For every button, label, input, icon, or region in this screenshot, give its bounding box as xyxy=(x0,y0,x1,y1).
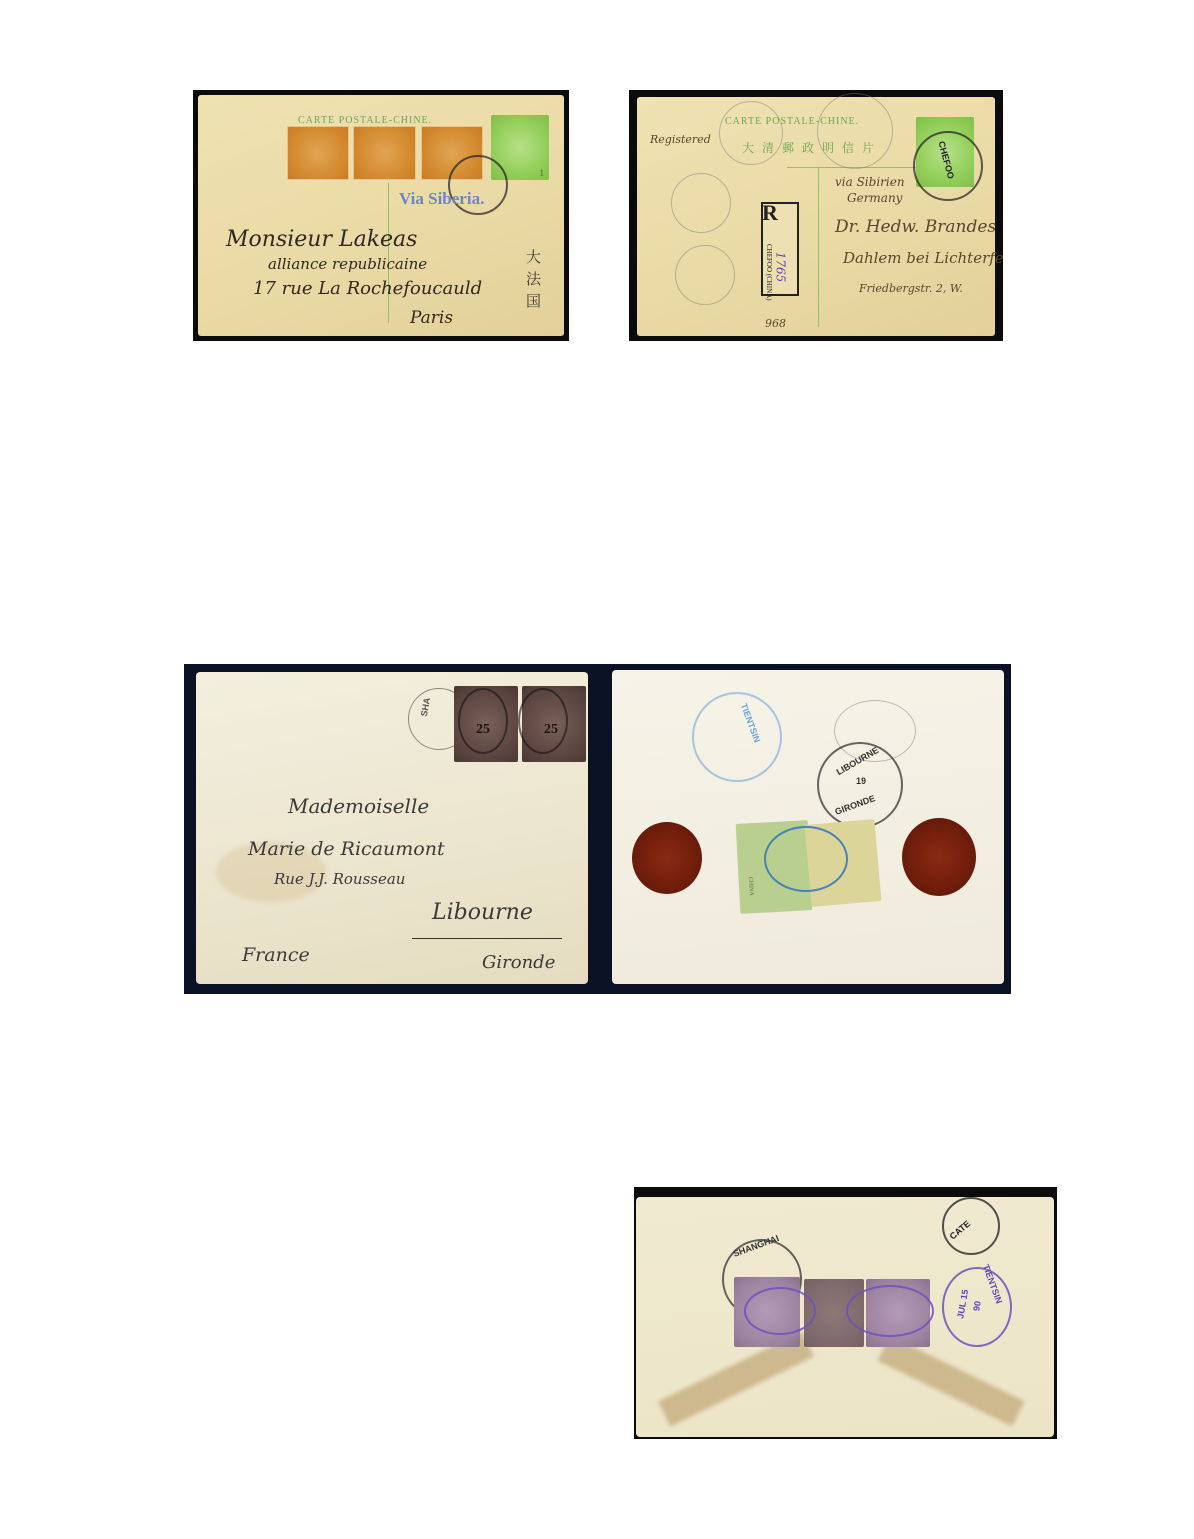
orange-dragon-stamp-1 xyxy=(287,126,349,180)
arrival-cancel-1 xyxy=(671,173,731,233)
divider-line xyxy=(388,183,389,323)
wax-seal-left xyxy=(632,822,702,894)
libourne-postmark-date: 19 xyxy=(856,776,866,786)
address-line-1: Monsieur Lakeas xyxy=(226,227,417,252)
address-line-4: Libourne xyxy=(432,900,533,925)
address-line-5: Gironde xyxy=(482,952,555,973)
registration-number: 1765 xyxy=(773,252,787,283)
address-line-2: Dahlem bei Lichterfelde xyxy=(843,249,1003,267)
country: France xyxy=(242,944,310,966)
cover-back-lilac-photo: SHANGHAI CATE TIENTSIN JUL 15 90 xyxy=(634,1187,1057,1439)
envelope-back: SHANGHAI CATE TIENTSIN JUL 15 90 xyxy=(636,1197,1054,1437)
wax-seal-right xyxy=(902,818,976,896)
transit-cancel-top xyxy=(719,101,783,165)
transit-cancel-top-2 xyxy=(817,93,893,169)
via-siberia-cachet: Via Siberia. xyxy=(399,189,484,209)
chinese-note-2: 法 xyxy=(526,269,542,291)
route-line-1: via Sibirien xyxy=(835,175,905,189)
address-line-1: Mademoiselle xyxy=(288,794,429,818)
cover-back-seals-photo: TIENTSIN LIBOURNE 19 GIRONDE CHINA xyxy=(602,664,1011,994)
address-line-4: Paris xyxy=(410,308,453,328)
orange-dragon-stamp-2 xyxy=(353,126,416,180)
postcard-via-siberia-photo: CARTE POSTALE-CHINE. 1 Via Siberia. Mons… xyxy=(193,90,569,341)
registration-office: CHEFOO (CHINA) xyxy=(765,244,773,301)
stamp-cancel-2 xyxy=(518,688,568,754)
postcard-body: CARTE POSTALE-CHINE. 1 Via Siberia. Mons… xyxy=(198,95,564,336)
oval-cancel-2 xyxy=(846,1285,934,1337)
divider-line xyxy=(818,167,819,327)
oval-cancel-1 xyxy=(744,1287,816,1335)
stain-right xyxy=(877,1336,1024,1427)
registered-annotation: Registered xyxy=(650,133,711,146)
envelope-front: SHA 25 25 Mademoiselle Marie de Ricaumon… xyxy=(196,672,588,984)
stamp-label: CHINA xyxy=(747,877,754,896)
docket-number: 968 xyxy=(765,317,786,330)
address-line-3: Friedbergstr. 2, W. xyxy=(859,282,963,295)
postcard-body: CARTE POSTALE-CHINE. 大清郵政明信片 CHEFOO Regi… xyxy=(637,97,995,336)
chinese-note-1: 大 xyxy=(526,247,542,269)
address-line-3: Rue J.J. Rousseau xyxy=(274,870,405,888)
tientsin-postmark-blue xyxy=(692,692,782,782)
address-line-1: Dr. Hedw. Brandes xyxy=(835,217,996,237)
chinese-seal-cancel xyxy=(764,826,848,892)
address-line-3: 17 rue La Rochefoucauld xyxy=(253,278,482,299)
postcard-registered-photo: CARTE POSTALE-CHINE. 大清郵政明信片 CHEFOO Regi… xyxy=(629,90,1003,341)
arrival-cancel-2 xyxy=(675,245,735,305)
envelope-back: TIENTSIN LIBOURNE 19 GIRONDE CHINA xyxy=(612,670,1004,984)
registration-letter: R xyxy=(762,200,778,226)
address-line-2: Marie de Ricaumont xyxy=(248,838,445,860)
underline xyxy=(412,938,562,939)
chinese-note-3: 国 xyxy=(526,291,542,313)
indicium-denomination: 1 xyxy=(540,168,545,178)
printed-heading: CARTE POSTALE-CHINE. xyxy=(298,115,432,126)
route-line-2: Germany xyxy=(847,191,902,205)
registration-label: R CHEFOO (CHINA) 1765 xyxy=(761,202,799,296)
tientsin-postmark-year: 90 xyxy=(971,1300,983,1312)
cover-front-photo: SHA 25 25 Mademoiselle Marie de Ricaumon… xyxy=(184,664,602,994)
stamp-cancel-1 xyxy=(458,688,508,754)
address-line-2: alliance republicaine xyxy=(268,255,427,273)
